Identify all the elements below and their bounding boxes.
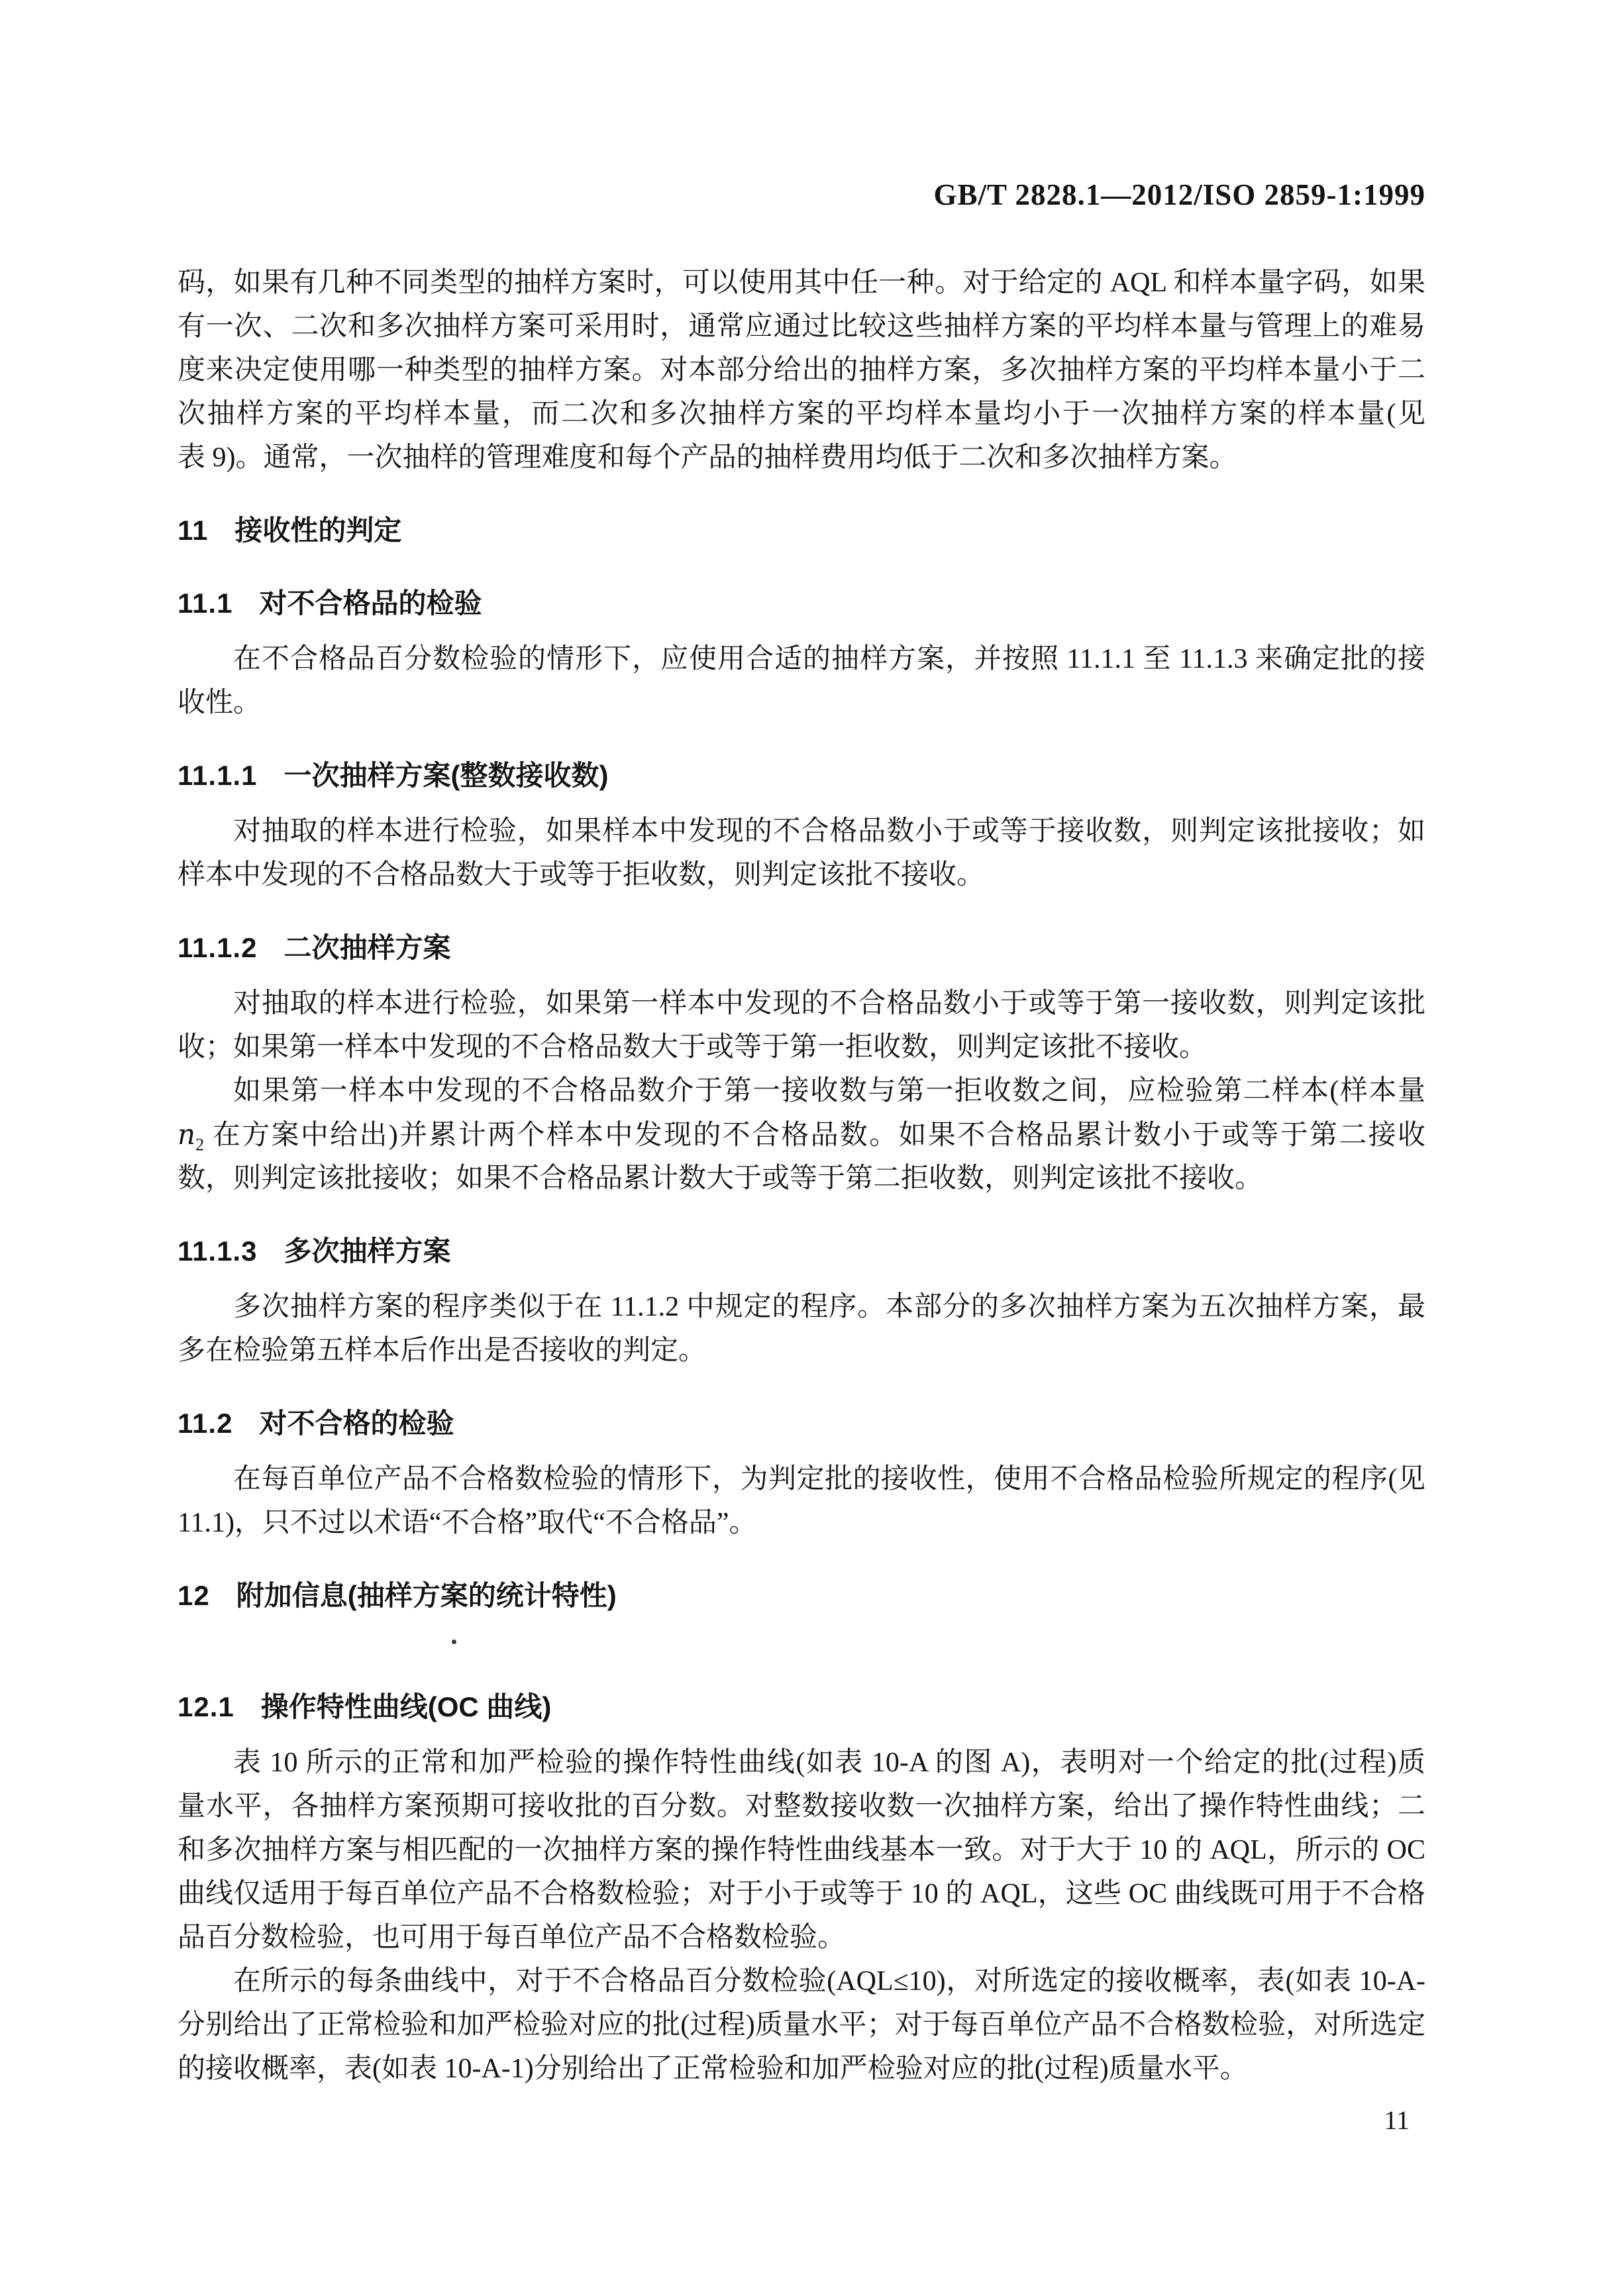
text-line: 样本中发现的不合格品数大于或等于拒收数，则判定该批不接收。: [178, 853, 1425, 897]
heading-number: 11.1.2: [178, 926, 257, 970]
heading-12: 12附加信息(抽样方案的统计特性): [178, 1574, 1425, 1618]
heading-number: 11.1.1: [178, 754, 257, 798]
heading-number: 11: [178, 509, 208, 552]
math-variable-n: n: [178, 1118, 195, 1151]
heading-number: 12: [178, 1574, 210, 1618]
paragraph-11-1: 在不合格品百分数检验的情形下，应使用合适的抽样方案，并按照 11.1.1 至 1…: [178, 637, 1425, 725]
text-line: 曲线仅适用于每百单位产品不合格数检验；对于小于或等于 10 的 AQL，这些 O…: [178, 1872, 1425, 1916]
heading-title: 对不合格的检验: [259, 1408, 454, 1439]
text-line: 度来决定使用哪一种类型的抽样方案。对本部分给出的抽样方案，多次抽样方案的平均样本…: [178, 348, 1425, 392]
intro-paragraph: 码，如果有几种不同类型的抽样方案时，可以使用其中任一种。对于给定的 AQL 和样…: [178, 261, 1425, 480]
text-line: 分别给出了正常检验和加严检验对应的批(过程)质量水平；对于每百单位产品不合格数检…: [178, 2003, 1425, 2047]
text-line: 有一次、二次和多次抽样方案可采用时，通常应通过比较这些抽样方案的平均样本量与管理…: [178, 305, 1425, 348]
paragraph-11-1-1: 对抽取的样本进行检验，如果样本中发现的不合格品数小于或等于接收数，则判定该批接收…: [178, 809, 1425, 897]
heading-title: 对不合格品的检验: [259, 588, 482, 619]
heading-number: 11.1: [178, 582, 232, 625]
text-line: 在所示的每条曲线中，对于不合格品百分数检验(AQL≤10)，对所选定的接收概率，…: [178, 1959, 1425, 2003]
text-line: 品百分数检验，也可用于每百单位产品不合格数检验。: [178, 1916, 1425, 1959]
paragraph-11-1-2-a: 对抽取的样本进行检验，如果第一样本中发现的不合格品数小于或等于第一接收数，则判定…: [178, 982, 1425, 1069]
text-line: 量水平，各抽样方案预期可接收批的百分数。对整数接收数一次抽样方案，给出了操作特性…: [178, 1785, 1425, 1828]
text-line: 如果第一样本中发现的不合格品数介于第一接收数与第一拒收数之间，应检验第二样本(样…: [178, 1069, 1425, 1113]
text-line: 收；如果第一样本中发现的不合格品数大于或等于第一拒收数，则判定该批不接收。: [178, 1025, 1425, 1069]
heading-11-1-2: 11.1.2二次抽样方案: [178, 926, 1425, 970]
heading-number: 11.2: [178, 1402, 232, 1445]
text-line-with-formula: n2 在方案中给出)并累计两个样本中发现的不合格品数。如果不合格品累计数小于或等…: [178, 1113, 1425, 1157]
standard-code-header: GB/T 2828.1—2012/ISO 2859-1:1999: [178, 176, 1425, 213]
heading-11-2: 11.2对不合格的检验: [178, 1402, 1425, 1445]
text-line: 多在检验第五样本后作出是否接收的判定。: [178, 1329, 1425, 1373]
text-line: 11.1)，只不过以术语“不合格”取代“不合格品”。: [178, 1501, 1425, 1545]
paragraph-12-1-a: 表 10 所示的正常和加严检验的操作特性曲线(如表 10-A 的图 A)，表明对…: [178, 1741, 1425, 1959]
text-line: 次抽样方案的平均样本量，而二次和多次抽样方案的平均样本量均小于一次抽样方案的样本…: [178, 392, 1425, 436]
text-line: 对抽取的样本进行检验，如果样本中发现的不合格品数小于或等于接收数，则判定该批接收…: [178, 809, 1425, 853]
heading-title: 接收性的判定: [234, 515, 401, 546]
heading-title: 一次抽样方案(整数接收数): [284, 760, 608, 791]
heading-title: 二次抽样方案: [284, 932, 450, 963]
stray-dot-artifact: [452, 1640, 456, 1644]
text-line: 在不合格品百分数检验的情形下，应使用合适的抽样方案，并按照 11.1.1 至 1…: [178, 637, 1425, 681]
paragraph-11-1-2-b: 如果第一样本中发现的不合格品数介于第一接收数与第一拒收数之间，应检验第二样本(样…: [178, 1069, 1425, 1200]
math-subscript-2: 2: [195, 1135, 204, 1154]
heading-title: 多次抽样方案: [284, 1235, 450, 1267]
text-line: 对抽取的样本进行检验，如果第一样本中发现的不合格品数小于或等于第一接收数，则判定…: [178, 982, 1425, 1025]
page-number: 11: [178, 2104, 1425, 2137]
heading-number: 11.1.3: [178, 1229, 257, 1273]
text-line: 多次抽样方案的程序类似于在 11.1.2 中规定的程序。本部分的多次抽样方案为五…: [178, 1285, 1425, 1329]
page-content: GB/T 2828.1—2012/ISO 2859-1:1999 码，如果有几种…: [178, 0, 1425, 2137]
paragraph-12-1-b: 在所示的每条曲线中，对于不合格品百分数检验(AQL≤10)，对所选定的接收概率，…: [178, 1959, 1425, 2091]
text-line: 表 9)。通常，一次抽样的管理难度和每个产品的抽样费用均低于二次和多次抽样方案。: [178, 436, 1425, 480]
heading-title: 操作特性曲线(OC 曲线): [261, 1691, 552, 1722]
text-segment: 在方案中给出)并累计两个样本中发现的不合格品数。如果不合格品累计数小于或等于第二…: [204, 1120, 1425, 1151]
text-line: 在每百单位产品不合格数检验的情形下，为判定批的接收性，使用不合格品检验所规定的程…: [178, 1457, 1425, 1501]
document-page: GB/T 2828.1—2012/ISO 2859-1:1999 码，如果有几种…: [0, 0, 1599, 2296]
heading-title: 附加信息(抽样方案的统计特性): [236, 1580, 617, 1611]
heading-12-1: 12.1操作特性曲线(OC 曲线): [178, 1685, 1425, 1729]
text-line: 的接收概率，表(如表 10-A-1)分别给出了正常检验和加严检验对应的批(过程)…: [178, 2047, 1425, 2091]
heading-11: 11接收性的判定: [178, 509, 1425, 552]
text-line: 码，如果有几种不同类型的抽样方案时，可以使用其中任一种。对于给定的 AQL 和样…: [178, 261, 1425, 305]
scan-artifact-row: [178, 1630, 1425, 1656]
text-line: 和多次抽样方案与相匹配的一次抽样方案的操作特性曲线基本一致。对于大于 10 的 …: [178, 1828, 1425, 1872]
heading-number: 12.1: [178, 1685, 234, 1729]
heading-11-1-1: 11.1.1一次抽样方案(整数接收数): [178, 754, 1425, 798]
paragraph-11-2: 在每百单位产品不合格数检验的情形下，为判定批的接收性，使用不合格品检验所规定的程…: [178, 1457, 1425, 1545]
text-line: 表 10 所示的正常和加严检验的操作特性曲线(如表 10-A 的图 A)，表明对…: [178, 1741, 1425, 1785]
heading-11-1: 11.1对不合格品的检验: [178, 582, 1425, 625]
heading-11-1-3: 11.1.3多次抽样方案: [178, 1229, 1425, 1273]
paragraph-11-1-3: 多次抽样方案的程序类似于在 11.1.2 中规定的程序。本部分的多次抽样方案为五…: [178, 1285, 1425, 1373]
text-line: 数，则判定该批接收；如果不合格品累计数大于或等于第二拒收数，则判定该批不接收。: [178, 1157, 1425, 1200]
text-line: 收性。: [178, 681, 1425, 725]
